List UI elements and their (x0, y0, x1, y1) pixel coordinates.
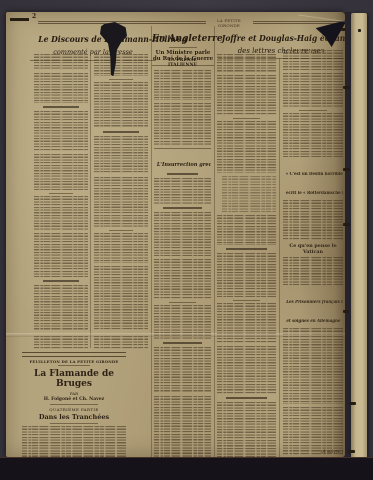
body-text-texture (34, 73, 88, 103)
rule-line (233, 300, 260, 301)
body-text-texture (22, 426, 126, 457)
body-text-texture (217, 215, 276, 245)
body-text-texture (34, 336, 88, 349)
body-text-texture (217, 303, 276, 343)
body-text-texture (34, 154, 88, 190)
binding-mark (343, 168, 350, 171)
crosshead-texture (103, 131, 140, 133)
rule-line (49, 193, 74, 194)
feuilleton-part: QUATRIÈME PARTIE (22, 407, 126, 412)
rule-line (169, 302, 195, 303)
feuilleton-part-title: Dans les Tranchées (22, 413, 126, 421)
body-text-texture (94, 177, 148, 227)
crosshead-texture (226, 397, 266, 399)
feuilleton-title: La Flamande de Bruges (22, 369, 126, 389)
rule-line (38, 21, 206, 22)
rule-line (50, 404, 98, 405)
body-text-texture (154, 178, 211, 204)
page-number-rule (10, 18, 29, 21)
binding-mark (343, 223, 350, 226)
rule-line (50, 423, 98, 424)
body-text-texture (34, 285, 88, 331)
rule-line (58, 365, 89, 366)
body-text-texture (222, 176, 276, 212)
body-text-texture (34, 196, 88, 230)
adjacent-page-edge (351, 13, 367, 466)
feuilleton-rubric: FEUILLETON DE LA PETITE GIRONDE (22, 359, 126, 364)
body-text-texture (217, 346, 276, 394)
column-divider (279, 58, 280, 457)
crosshead-insurrection: L'Insurrection grecque (154, 151, 211, 170)
crosshead-texture (43, 106, 80, 108)
body-text-texture (154, 396, 211, 457)
rule-line (22, 352, 126, 357)
body-text-texture (94, 266, 148, 331)
column-divider (214, 26, 215, 457)
column-1 (34, 54, 88, 331)
feuilleton-par: PAR (22, 391, 126, 396)
body-text-texture (154, 347, 211, 393)
body-text-texture (217, 121, 276, 173)
binding-mark (358, 29, 361, 32)
body-text-texture (94, 82, 148, 128)
column-divider (151, 26, 152, 457)
column-2 (94, 54, 148, 331)
column-divider (90, 54, 91, 348)
crosshead-texture (226, 248, 266, 250)
rule-line (109, 230, 134, 231)
crosshead-presse-italienne: LA PRESSE ITALIENNE (154, 58, 211, 68)
page-curl-shadow (299, 12, 345, 457)
scanned-newspaper-photo: 2 LA PETITE GIRONDE Le Discours de Bethm… (0, 0, 373, 480)
body-text-texture (154, 259, 211, 299)
crosshead-texture (167, 173, 198, 175)
body-text-texture (217, 253, 276, 297)
body-text-texture (217, 54, 276, 72)
body-text-texture (217, 75, 276, 115)
page-number: 2 (32, 13, 36, 20)
feuilleton-box: FEUILLETON DE LA PETITE GIRONDE La Flama… (22, 352, 126, 457)
body-text-texture (34, 111, 88, 151)
fold-crease (6, 333, 345, 337)
binding-mark (349, 402, 356, 405)
headline-middle: En Angleterre (152, 34, 223, 44)
column-3: LA PRESSE ITALIENNE L'Insurrection grecq… (154, 58, 211, 457)
binding-mark (348, 450, 355, 453)
body-text-texture (94, 336, 148, 349)
rule-line (233, 118, 260, 119)
body-text-texture (94, 233, 148, 263)
rule-line (109, 79, 134, 80)
body-text-texture (154, 212, 211, 256)
crosshead-texture (163, 207, 202, 209)
body-text-texture (154, 103, 211, 145)
body-text-texture (34, 233, 88, 277)
rule-line (38, 23, 206, 24)
crosshead-texture (163, 342, 202, 344)
binding-mark (343, 310, 349, 313)
body-text-texture (154, 70, 211, 100)
body-text-texture (94, 54, 148, 76)
column-4 (217, 54, 276, 457)
binding-mark (341, 28, 346, 31)
photo-background-bottom (0, 457, 373, 480)
binding-mark (343, 86, 350, 89)
body-text-texture (34, 54, 88, 70)
rule-line (169, 47, 198, 48)
feuilleton-authors: H. Folgoné et Ch. Navez (22, 397, 126, 402)
body-text-texture (217, 402, 276, 457)
newspaper-page: 2 LA PETITE GIRONDE Le Discours de Bethm… (6, 12, 345, 457)
body-text-texture (94, 136, 148, 174)
crosshead-texture (43, 280, 80, 282)
rule-line (154, 148, 211, 149)
